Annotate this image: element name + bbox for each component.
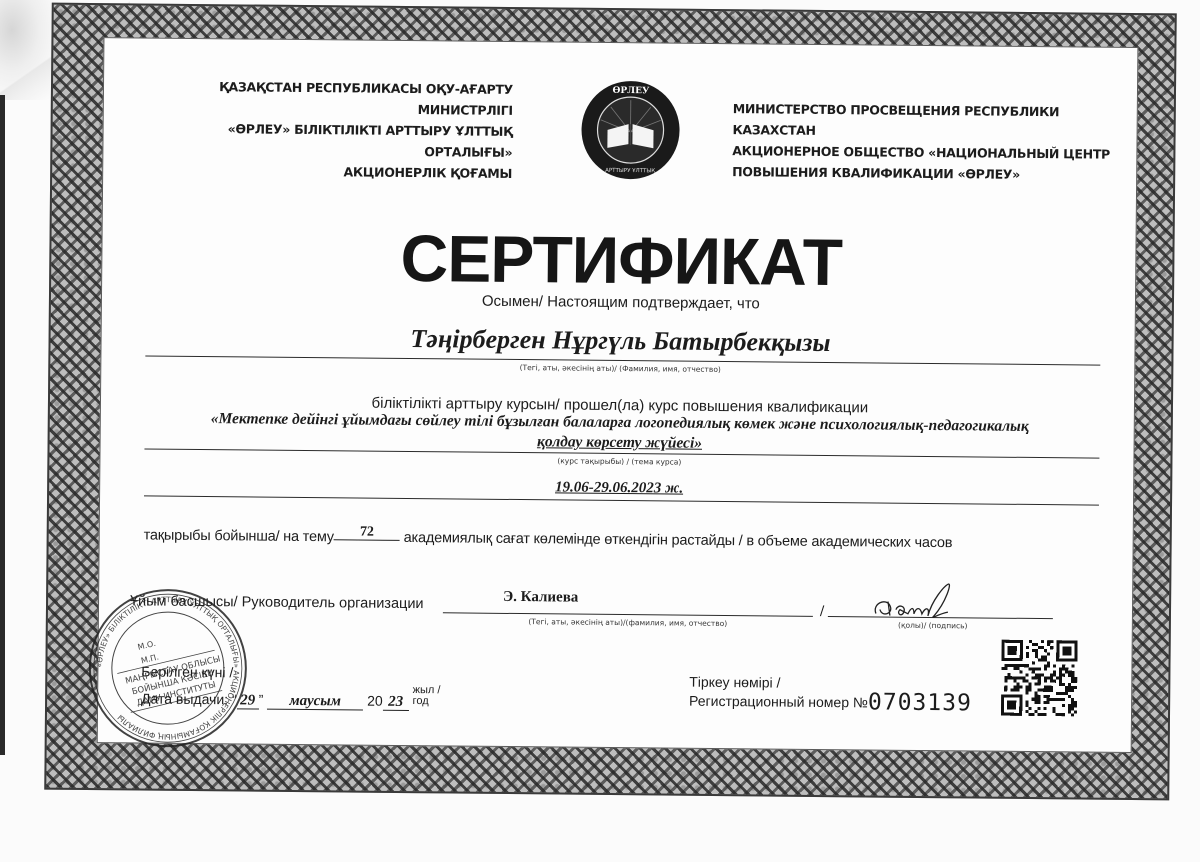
year-word: жыл / год xyxy=(413,685,441,707)
course-dates: 19.06-29.06.2023 ж. xyxy=(99,475,1139,502)
hours-value: 72 xyxy=(334,525,400,541)
svg-text:М.О.: М.О. xyxy=(137,639,157,652)
registration: Тіркеу нөмірі / Регистрационный номер №0… xyxy=(689,673,972,714)
recipient-name: Тәңірберген Нұргүль Батырбекқызы xyxy=(100,321,1140,361)
signatory-name-caption: (Тегі, аты, әкесінің аты)/(фамилия, имя,… xyxy=(443,616,813,629)
certificate-content: ҚАЗАҚСТАН РЕСПУБЛИКАСЫ ОҚУ-АҒАРТУ МИНИСТ… xyxy=(97,37,1144,752)
header-kazakh: ҚАЗАҚСТАН РЕСПУБЛИКАСЫ ОҚУ-АҒАРТУ МИНИСТ… xyxy=(142,75,513,184)
svg-text:М.П.: М.П. xyxy=(140,653,160,666)
header-line: МИНИСТЕРСТВО ПРОСВЕЩЕНИЯ РЕСПУБЛИКИ КАЗА… xyxy=(732,98,1132,144)
official-stamp-icon: «ӨРЛЕУ» БІЛІКТІЛІКТІ АРТТЫРУ ҰЛТТЫҚ ОРТА… xyxy=(85,585,252,752)
signatory-name: Э. Калиева xyxy=(503,589,578,607)
name-caption: (Тегі, аты, әкесінің аты)/ (Фамилия, имя… xyxy=(100,359,1140,378)
orleu-logo-icon: ӨРЛЕУ АРТТЫРУ ҰЛТТЫҚ xyxy=(580,80,681,181)
hours-suffix: академиялық сағат көлемінде өткендігін р… xyxy=(404,530,953,551)
year-word-ru: год xyxy=(413,695,429,707)
qr-code-icon xyxy=(1001,640,1078,717)
hours-statement: тақырыбы бойынша/ на тему72 академиялық … xyxy=(144,527,1124,553)
header-russian: МИНИСТЕРСТВО ПРОСВЕЩЕНИЯ РЕСПУБЛИКИ КАЗА… xyxy=(732,98,1133,186)
hours-prefix: тақырыбы бойынша/ на тему xyxy=(144,527,334,545)
header-line: «ӨРЛЕУ» БІЛІКТІЛІКТІ АРТТЫРУ ҰЛТТЫҚ ОРТА… xyxy=(142,117,512,163)
header-line: АКЦИОНЕРЛІК ҚОҒАМЫ xyxy=(142,159,512,184)
issue-year: 23 xyxy=(383,694,409,711)
issue-month: маусым xyxy=(267,693,363,711)
registration-label-ru: Регистрационный номер № xyxy=(689,693,868,711)
separator: / xyxy=(820,604,825,619)
signature-caption: (қолы)/ (подпись) xyxy=(883,621,983,631)
header-line: ПОВЫШЕНИЯ КВАЛИФИКАЦИИ «ӨРЛЕУ» xyxy=(732,161,1132,186)
issue-year-prefix: 20 xyxy=(367,693,383,709)
header-line: ҚАЗАҚСТАН РЕСПУБЛИКАСЫ ОҚУ-АҒАРТУ МИНИСТ… xyxy=(143,75,513,121)
svg-text:ӨРЛЕУ: ӨРЛЕУ xyxy=(612,86,650,96)
svg-text:АРТТЫРУ ҰЛТТЫҚ: АРТТЫРУ ҰЛТТЫҚ xyxy=(605,168,655,174)
scan-edge xyxy=(0,95,5,755)
registration-number: 0703139 xyxy=(868,689,972,716)
signature-icon xyxy=(868,579,978,625)
